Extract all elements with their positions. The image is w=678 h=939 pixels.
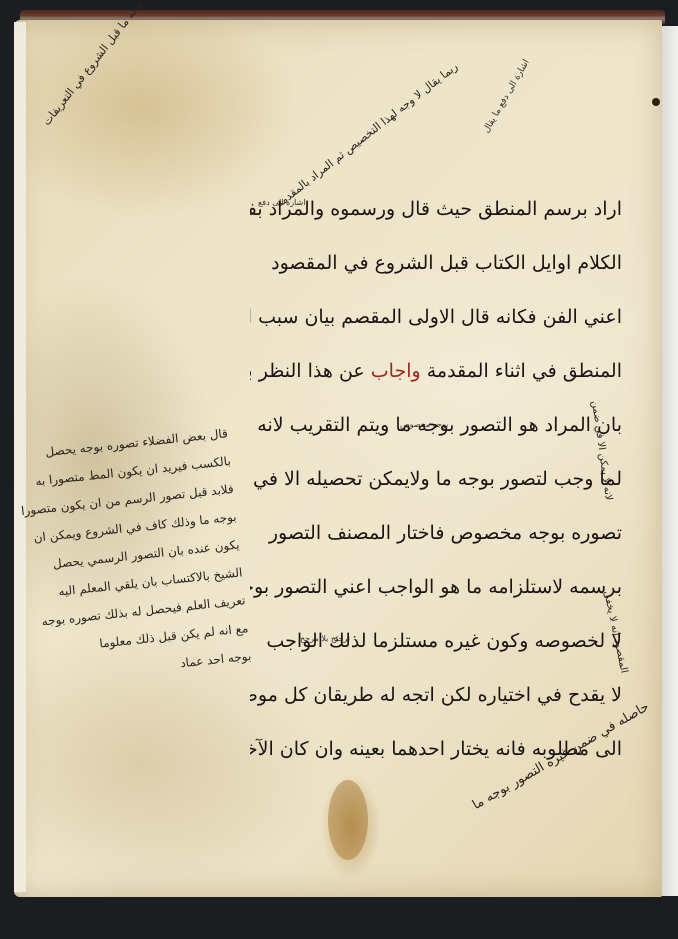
text-line-4: المنطق في اثناء المقدمة واجاب عن هذا الن… (250, 344, 622, 398)
text-line-2: الكلام اوايل الكتاب قبل الشروع في المقصو… (250, 236, 622, 290)
text-line-11: الى مطلوبه فانه يختار احدهما بعينه وان ك… (250, 722, 622, 776)
main-text-block: اراد برسم المنطق حيث قال ورسموه والمراد … (250, 182, 622, 776)
text-line-9: لا لخصوصه وكون غيره مستلزما لذلك الواجب (250, 614, 622, 668)
left-gloss-text: قال بعض الفضلاء تصوره بوجه يحصل بالكسب ف… (20, 426, 248, 650)
text-line-6: لما وجب لتصور بوجه ما ولايمكن تحصيله الا… (250, 452, 622, 506)
adjacent-page-edge (660, 26, 678, 896)
text-line-7: تصوره بوجه مخصوص فاختار المصنف التصور (250, 506, 622, 560)
text-line-10: لا يقدح في اختياره لكن اتجه له طريقان كل… (250, 668, 622, 722)
text-line-1: اراد برسم المنطق حيث قال ورسموه والمراد … (250, 182, 622, 236)
ink-spot (652, 98, 660, 106)
rubric-word: واجاب (371, 360, 421, 382)
text-line-4-end: عن هذا النظر بعضهم (250, 360, 365, 382)
left-gloss-signature: بوجه احد عماد (180, 649, 252, 670)
text-line-5: بان المراد هو التصور بوجه ما ويتم التقري… (250, 398, 622, 452)
left-marginal-gloss-lower: قال بعض الفضلاء تصوره بوجه يحصل بالكسب ف… (7, 419, 252, 693)
text-line-4-start: المنطق في اثناء المقدمة (427, 360, 622, 382)
text-line-3: اعني الفن فكانه قال الاولى المقصم بيان س… (250, 290, 622, 344)
text-line-8: برسمه لاستلزامه ما هو الواجب اعني التصور… (250, 560, 622, 614)
water-stain (328, 780, 368, 860)
